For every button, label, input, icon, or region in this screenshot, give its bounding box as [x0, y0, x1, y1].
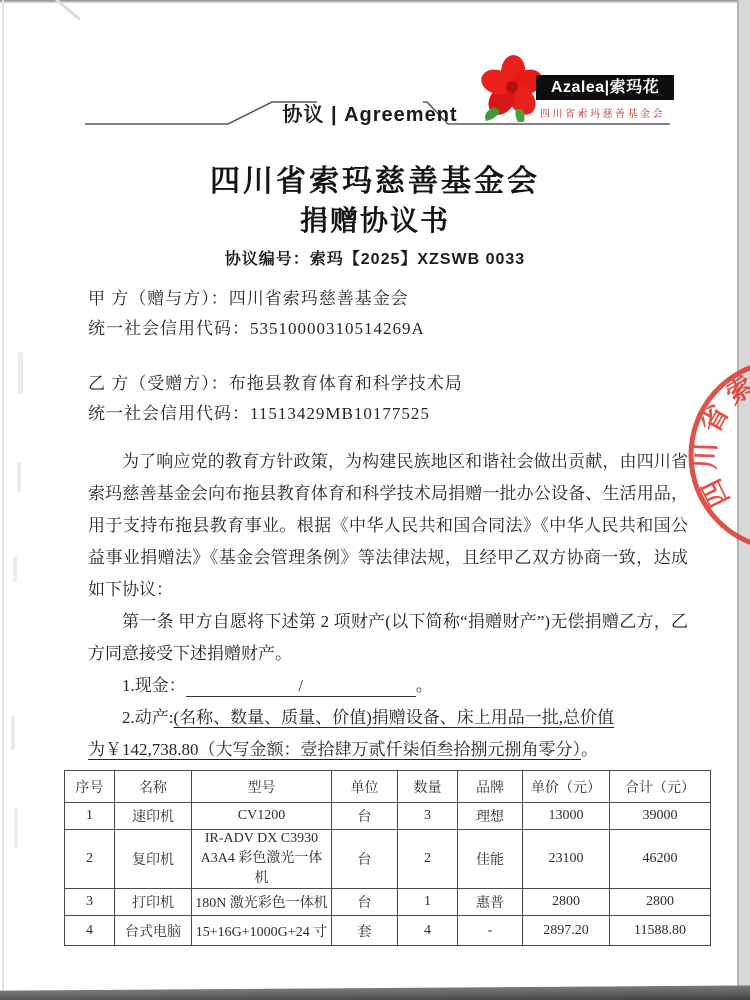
table-cell: 39000 — [610, 803, 711, 830]
table-row: 4台式电脑15+16G+1000G+24 寸套4-2897.2011588.80 — [65, 916, 711, 946]
document-title-line2: 捐赠协议书 — [75, 202, 675, 240]
scan-smudge — [11, 716, 15, 750]
table-cell: IR-ADV DX C3930 A3A4 彩色激光一体机 — [192, 830, 332, 889]
movable-period: 。 — [581, 740, 598, 759]
table-cell: 打印机 — [115, 889, 192, 916]
table-cell: - — [458, 916, 523, 946]
table-cell: 佳能 — [458, 830, 523, 889]
agreement-banner: 协议 | Agreement — [85, 90, 670, 138]
official-seal-stamp: 四川省索玛慈善基金会 — [688, 358, 750, 558]
table-cell: 15+16G+1000G+24 寸 — [192, 916, 332, 946]
table-cell: 2897.20 — [523, 916, 610, 946]
svg-text:四川省索玛慈善基金会: 四川省索玛慈善基金会 — [688, 358, 750, 512]
table-row: 2复印机IR-ADV DX C3930 A3A4 彩色激光一体机台2佳能2310… — [65, 830, 711, 889]
table-cell: 13000 — [523, 803, 610, 830]
table-header-cell: 型号 — [192, 771, 332, 803]
table-cell: 速印机 — [115, 803, 192, 830]
table-cell: 台 — [332, 803, 398, 830]
cash-line: 1.现金：/。 — [88, 670, 688, 702]
table-header-cell: 名称 — [115, 771, 192, 803]
table-cell: 46200 — [610, 830, 711, 889]
article-1-paragraph: 第一条 甲方自愿将下述第 2 项财产(以下简称“捐赠财产”)无偿捐赠乙方，乙方同… — [88, 606, 688, 670]
table-cell: 4 — [65, 916, 115, 946]
seal-text: 四川省索玛慈善基金会 — [688, 358, 750, 512]
table-header-cell: 单价（元） — [523, 771, 610, 803]
scan-smudge — [18, 352, 23, 394]
table-row: 1速印机CV1200台3理想1300039000 — [65, 803, 711, 830]
table-cell: 惠普 — [458, 889, 523, 916]
table-header-row: 序号名称型号单位数量品牌单价（元）合计（元） — [65, 771, 711, 803]
table-cell: CV1200 — [192, 803, 332, 830]
table-cell: 23100 — [523, 830, 610, 889]
table-row: 3打印机180N 激光彩色一体机台1惠普28002800 — [65, 889, 711, 916]
table-cell: 套 — [332, 916, 398, 946]
table-cell: 2800 — [610, 889, 711, 916]
cash-fill-in-blank: / — [186, 676, 416, 697]
donated-items-table: 序号名称型号单位数量品牌单价（元）合计（元） 1速印机CV1200台3理想130… — [64, 770, 711, 946]
scan-smudge — [13, 556, 17, 582]
table-header-cell: 单位 — [332, 771, 398, 803]
party-b-name: 乙 方（受赠方）：布拖县教育体育和科学技术局 — [88, 369, 708, 394]
movable-label: 2.动产: — [122, 708, 173, 727]
agreement-body: 为了响应党的教育方针政策，为构建民族地区和谐社会做出贡献，由四川省索玛慈善基金会… — [88, 446, 688, 766]
table-cell: 1 — [65, 803, 115, 830]
scan-smudge — [55, 0, 81, 21]
table-cell: 复印机 — [115, 830, 192, 889]
table-body: 1速印机CV1200台3理想13000390002复印机IR-ADV DX C3… — [65, 803, 711, 946]
scan-left-edge — [2, 0, 4, 1000]
table-cell: 理想 — [458, 803, 523, 830]
document-title: 四川省索玛慈善基金会 捐赠协议书 — [75, 162, 675, 240]
table-cell: 台式电脑 — [115, 916, 192, 946]
party-b-credit-code: 统一社会信用代码：11513429MB10177525 — [88, 399, 708, 424]
agreement-number: 协议编号：索玛【2025】XZSWB 0033 — [75, 246, 675, 269]
scan-smudge — [14, 808, 18, 848]
table-cell: 4 — [398, 916, 458, 946]
scan-smudge — [17, 462, 21, 492]
table-cell: 2800 — [523, 889, 610, 916]
table-header-cell: 品牌 — [458, 771, 523, 803]
table-cell: 2 — [398, 830, 458, 889]
cash-period: 。 — [416, 676, 433, 695]
banner-label: 协议 | Agreement — [282, 102, 457, 126]
table-cell: 2 — [65, 830, 115, 889]
cash-label: 1.现金： — [122, 676, 186, 695]
table-cell: 3 — [398, 803, 458, 830]
party-a-name: 甲 方（赠与方）：四川省索玛慈善基金会 — [88, 284, 708, 309]
movable-property-line: 2.动产:(名称、数量、质量、价值)捐赠设备、床上用品一批,总价值 为￥142,… — [88, 702, 688, 766]
table-header-cell: 数量 — [398, 771, 458, 803]
table-cell: 180N 激光彩色一体机 — [192, 889, 332, 916]
scan-bottom-edge — [0, 985, 750, 1000]
table-cell: 11588.80 — [610, 916, 711, 946]
table-cell: 1 — [398, 889, 458, 916]
table-cell: 台 — [332, 830, 398, 889]
document-title-line1: 四川省索玛慈善基金会 — [75, 162, 675, 202]
table-header-cell: 序号 — [65, 771, 115, 803]
table-header-cell: 合计（元） — [610, 771, 711, 803]
table-cell: 台 — [332, 889, 398, 916]
movable-underlined-2: 为￥142,738.80（大写金额：壹拾肆万贰仟柒佰叁拾捌元捌角零分） — [88, 740, 581, 759]
scan-top-edge — [0, 0, 750, 3]
movable-underlined-1: (名称、数量、质量、价值)捐赠设备、床上用品一批,总价值 — [173, 708, 614, 727]
intro-paragraph: 为了响应党的教育方针政策，为构建民族地区和谐社会做出贡献，由四川省索玛慈善基金会… — [88, 446, 688, 606]
party-a-credit-code: 统一社会信用代码：53510000310514269A — [88, 314, 708, 339]
table-cell: 3 — [65, 889, 115, 916]
